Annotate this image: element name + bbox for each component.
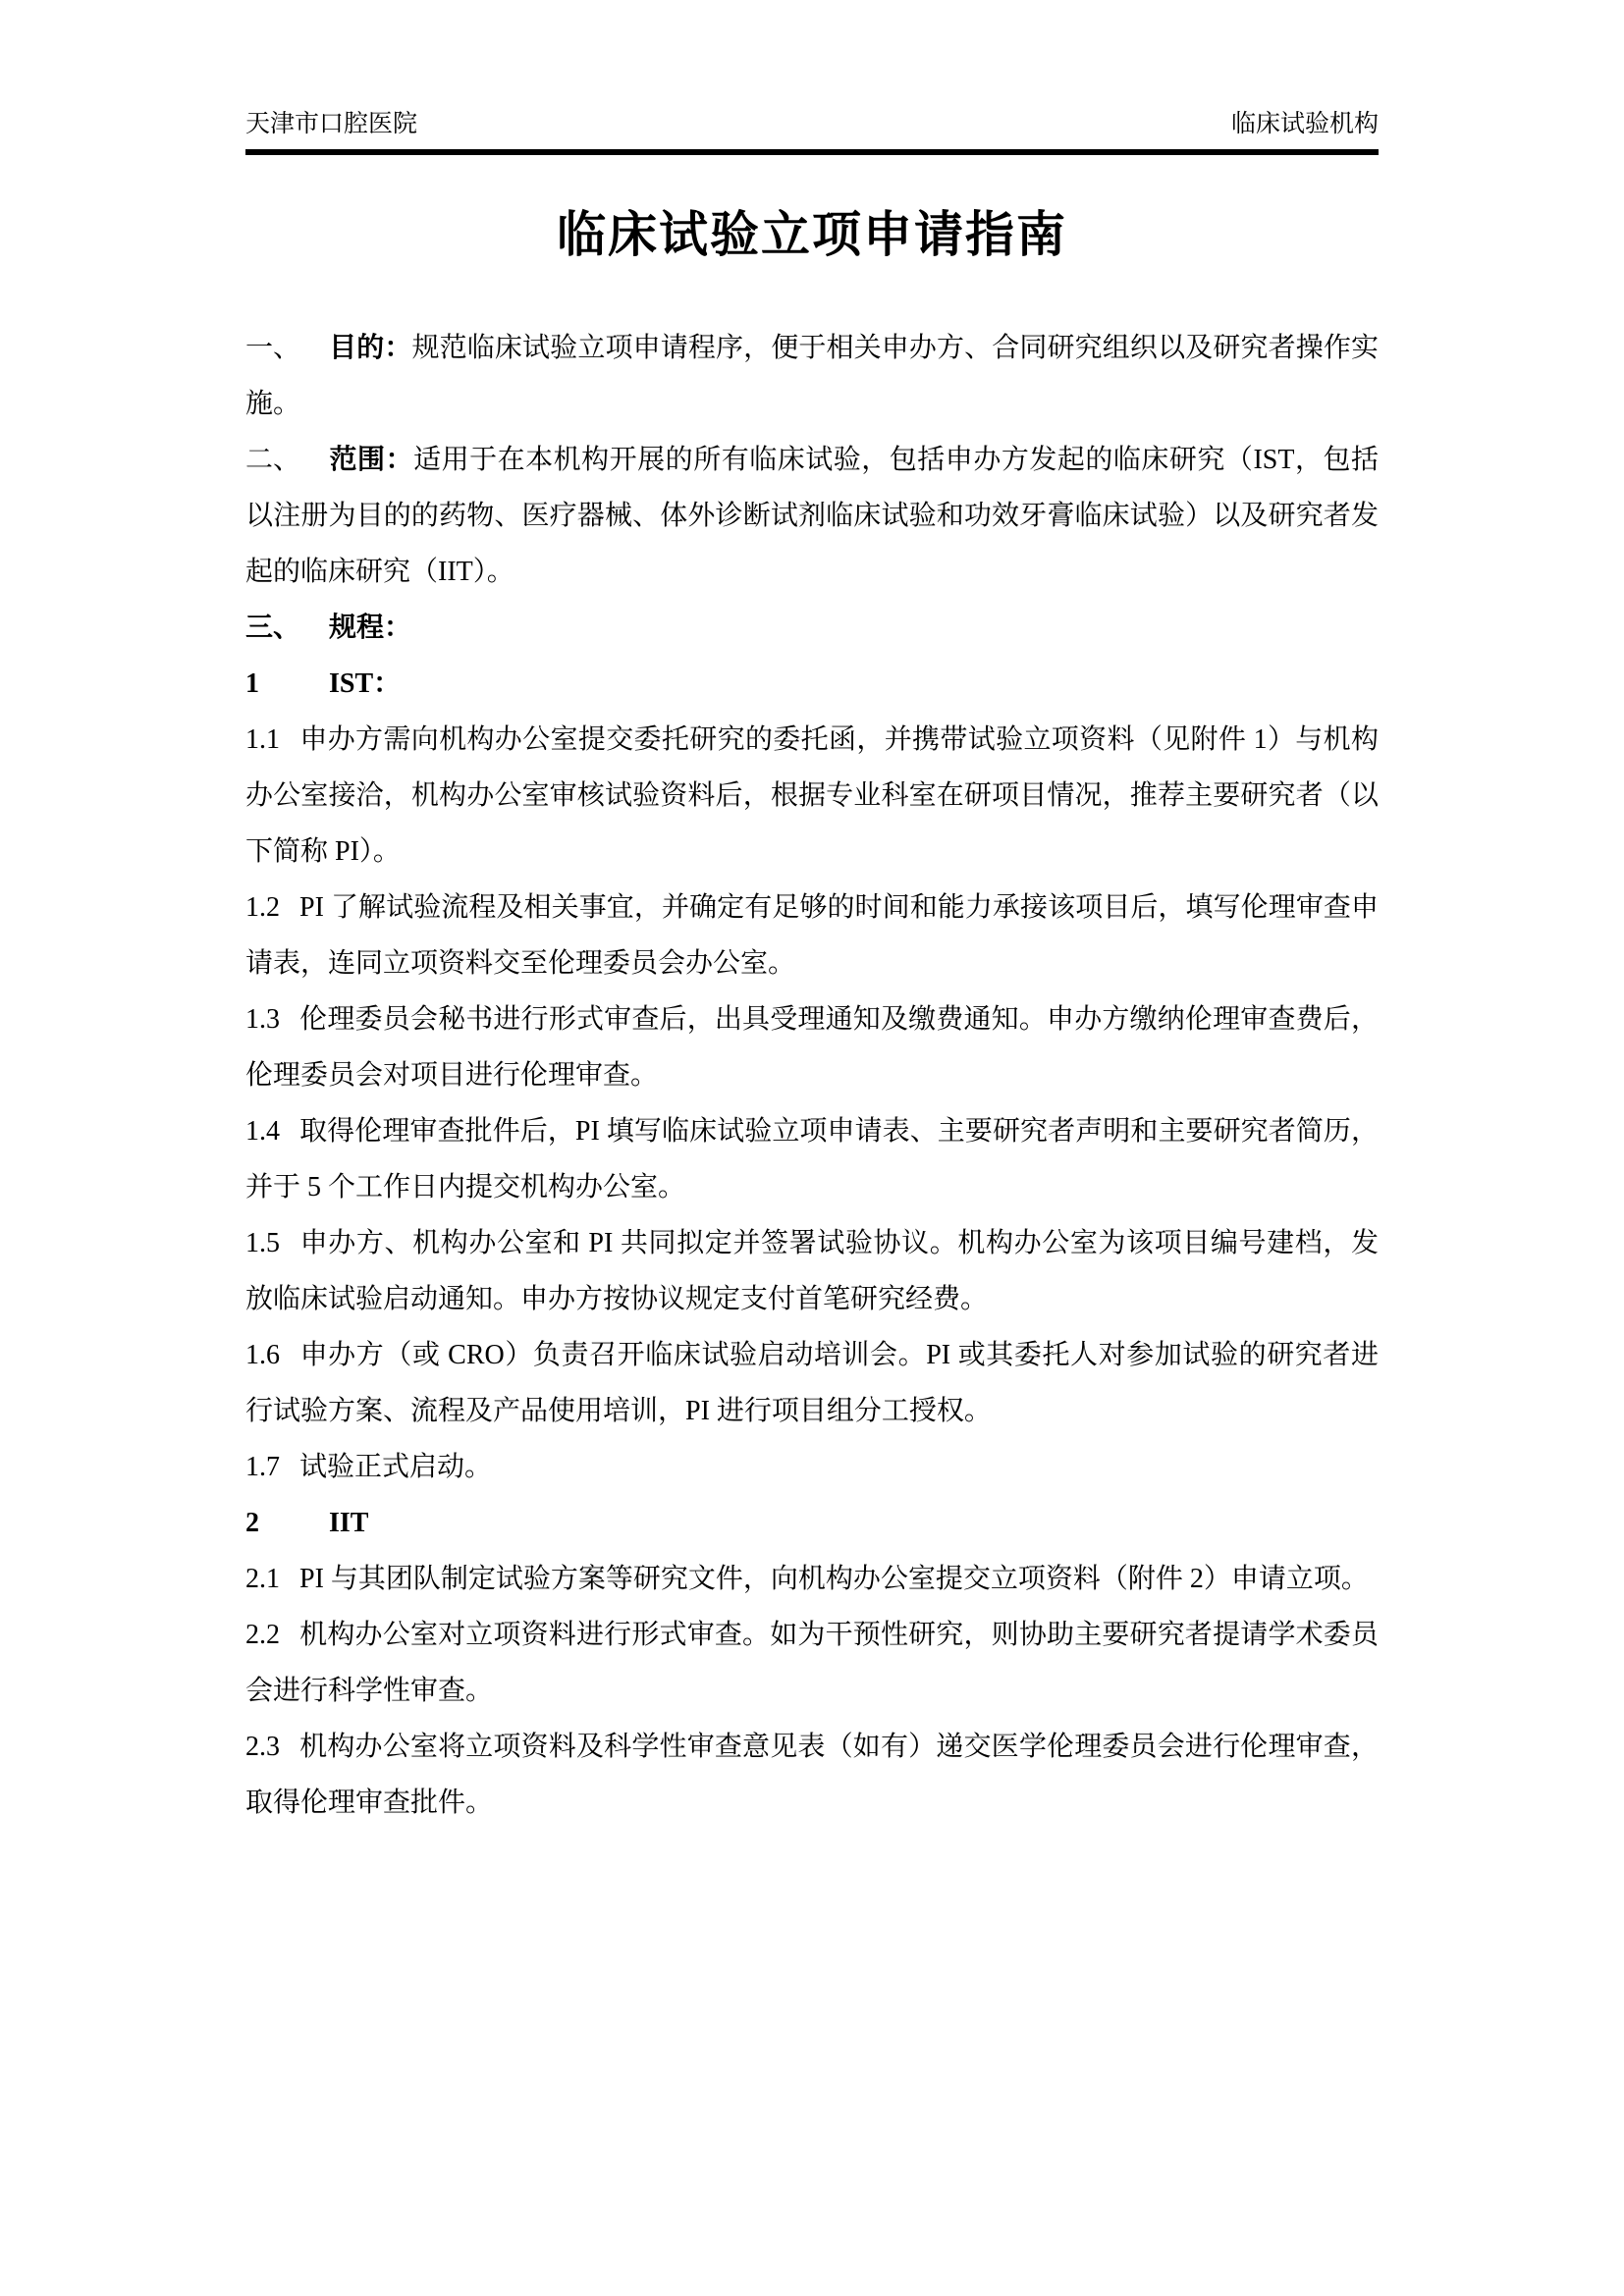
item-label: 范围： bbox=[329, 445, 413, 475]
item-number: 2.1 bbox=[245, 1551, 299, 1607]
paragraph-1-2: 1.2PI 了解试验流程及相关事宜，并确定有足够的时间和能力承接该项目后，填写伦… bbox=[245, 880, 1379, 991]
paragraph-1-1: 1.1申办方需向机构办公室提交委托研究的委托函，并携带试验立项资料（见附件 1）… bbox=[245, 712, 1379, 880]
paragraph-2-3: 2.3机构办公室将立项资料及科学性审查意见表（如有）递交医学伦理委员会进行伦理审… bbox=[245, 1719, 1379, 1831]
item-number: 1.3 bbox=[245, 991, 299, 1047]
page-header: 天津市口腔医院 临床试验机构 bbox=[245, 110, 1379, 155]
item-text: PI 了解试验流程及相关事宜，并确定有足够的时间和能力承接该项目后，填写伦理审查… bbox=[245, 892, 1379, 979]
item-label: IST： bbox=[329, 668, 401, 699]
item-text: 机构办公室将立项资料及科学性审查意见表（如有）递交医学伦理委员会进行伦理审查，取… bbox=[245, 1732, 1379, 1818]
item-number: 2.2 bbox=[245, 1607, 299, 1663]
item-label: 规程： bbox=[329, 613, 411, 643]
item-number: 1.2 bbox=[245, 880, 299, 935]
item-text: 规范临床试验立项申请程序，便于相关申办方、合同研究组织以及研究者操作实施。 bbox=[245, 333, 1379, 419]
item-number: 2 bbox=[245, 1495, 329, 1551]
document-body: 一、目的：规范临床试验立项申请程序，便于相关申办方、合同研究组织以及研究者操作实… bbox=[245, 320, 1379, 1831]
item-number: 2.3 bbox=[245, 1719, 299, 1775]
paragraph-1-3: 1.3伦理委员会秘书进行形式审查后，出具受理通知及缴费通知。申办方缴纳伦理审查费… bbox=[245, 991, 1379, 1103]
paragraph-1-7: 1.7试验正式启动。 bbox=[245, 1439, 1379, 1495]
paragraph-purpose: 一、目的：规范临床试验立项申请程序，便于相关申办方、合同研究组织以及研究者操作实… bbox=[245, 320, 1379, 432]
item-text: 申办方需向机构办公室提交委托研究的委托函，并携带试验立项资料（见附件 1）与机构… bbox=[245, 724, 1379, 867]
paragraph-scope: 二、范围：适用于在本机构开展的所有临床试验，包括申办方发起的临床研究（IST，包… bbox=[245, 432, 1379, 600]
item-number: 1.6 bbox=[245, 1327, 299, 1383]
item-number: 三、 bbox=[245, 600, 329, 656]
item-number: 1 bbox=[245, 656, 329, 712]
item-text: 适用于在本机构开展的所有临床试验，包括申办方发起的临床研究（IST，包括以注册为… bbox=[245, 445, 1379, 587]
item-text: 取得伦理审查批件后，PI 填写临床试验立项申请表、主要研究者声明和主要研究者简历… bbox=[245, 1116, 1379, 1202]
paragraph-1-4: 1.4取得伦理审查批件后，PI 填写临床试验立项申请表、主要研究者声明和主要研究… bbox=[245, 1103, 1379, 1215]
item-number: 1.5 bbox=[245, 1215, 299, 1271]
paragraph-ist-heading: 1IST： bbox=[245, 656, 1379, 712]
item-text: 申办方（或 CRO）负责召开临床试验启动培训会。PI 或其委托人对参加试验的研究… bbox=[245, 1340, 1379, 1426]
paragraph-1-5: 1.5申办方、机构办公室和 PI 共同拟定并签署试验协议。机构办公室为该项目编号… bbox=[245, 1215, 1379, 1327]
item-number: 1.4 bbox=[245, 1103, 299, 1159]
item-text: 试验正式启动。 bbox=[299, 1452, 492, 1482]
paragraph-1-6: 1.6申办方（或 CRO）负责召开临床试验启动培训会。PI 或其委托人对参加试验… bbox=[245, 1327, 1379, 1439]
item-number: 1.1 bbox=[245, 712, 299, 768]
item-text: 机构办公室对立项资料进行形式审查。如为干预性研究，则协助主要研究者提请学术委员会… bbox=[245, 1620, 1379, 1706]
item-text: 申办方、机构办公室和 PI 共同拟定并签署试验协议。机构办公室为该项目编号建档，… bbox=[245, 1228, 1379, 1314]
item-number: 1.7 bbox=[245, 1439, 299, 1495]
paragraph-2-2: 2.2机构办公室对立项资料进行形式审查。如为干预性研究，则协助主要研究者提请学术… bbox=[245, 1607, 1379, 1719]
item-label: 目的： bbox=[329, 333, 412, 363]
header-right-text: 临床试验机构 bbox=[1231, 110, 1379, 139]
item-number: 二、 bbox=[245, 432, 329, 488]
item-text: 伦理委员会秘书进行形式审查后，出具受理通知及缴费通知。申办方缴纳伦理审查费后，伦… bbox=[245, 1004, 1379, 1091]
paragraph-2-1: 2.1PI 与其团队制定试验方案等研究文件，向机构办公室提交立项资料（附件 2）… bbox=[245, 1551, 1379, 1607]
document-page: 天津市口腔医院 临床试验机构 临床试验立项申请指南 一、目的：规范临床试验立项申… bbox=[0, 0, 1624, 2296]
item-label: IIT bbox=[329, 1508, 368, 1538]
item-number: 一、 bbox=[245, 320, 329, 376]
document-title: 临床试验立项申请指南 bbox=[245, 206, 1379, 263]
paragraph-iit-heading: 2IIT bbox=[245, 1495, 1379, 1551]
paragraph-procedure-heading: 三、规程： bbox=[245, 600, 1379, 656]
item-text: PI 与其团队制定试验方案等研究文件，向机构办公室提交立项资料（附件 2）申请立… bbox=[299, 1564, 1369, 1594]
header-left-text: 天津市口腔医院 bbox=[245, 110, 417, 139]
